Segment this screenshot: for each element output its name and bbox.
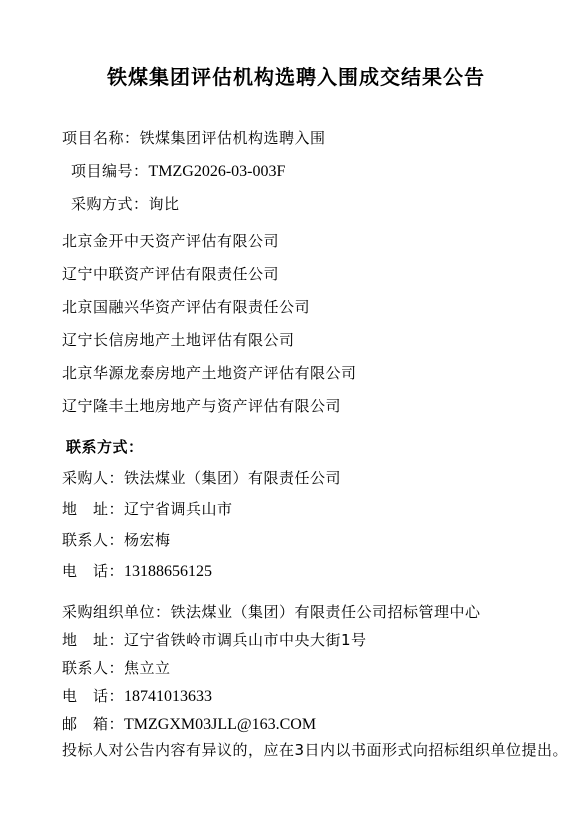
field-value: 13188656125: [124, 563, 212, 580]
field-value: 18741013633: [124, 688, 212, 705]
field-value: TMZG2026-03-003F: [149, 163, 286, 180]
contact-section-heading: 联系方式：: [62, 439, 530, 456]
field-label: 地 址：: [62, 631, 124, 649]
field-value: 辽宁省调兵山市: [124, 500, 233, 518]
field-label: 项目名称：: [62, 129, 140, 147]
purchaser-line: 采购人：铁法煤业（集团）有限责任公司: [62, 470, 530, 487]
field-label: 地 址：: [62, 500, 124, 518]
project-name-line: 项目名称：铁煤集团评估机构选聘入围: [62, 130, 530, 147]
field-value: 铁法煤业（集团）有限责任公司招标管理中心: [171, 603, 481, 621]
organizer-line: 采购组织单位：铁法煤业（集团）有限责任公司招标管理中心: [62, 604, 530, 621]
page-title: 铁煤集团评估机构选聘入围成交结果公告: [62, 64, 530, 90]
organizer-email-line: 邮 箱：TMZGXM03JLL@163.COM: [62, 716, 530, 733]
field-value: 杨宏梅: [124, 531, 171, 549]
field-value: 询比: [149, 195, 180, 213]
field-value: 铁煤集团评估机构选聘入围: [140, 129, 326, 147]
field-label: 电 话：: [62, 562, 124, 580]
agency-item: 辽宁长信房地产土地评估有限公司: [62, 332, 530, 349]
field-value: 铁法煤业（集团）有限责任公司: [124, 469, 341, 487]
purchaser-phone-line: 电 话：13188656125: [62, 563, 530, 580]
field-value: 辽宁省铁岭市调兵山市中央大街1号: [124, 631, 367, 649]
field-label: 采购组织单位：: [62, 603, 171, 621]
objection-notice: 投标人对公告内容有异议的，应在3日内以书面形式向招标组织单位提出。: [62, 742, 530, 759]
field-label: 联系人：: [62, 659, 124, 677]
organizer-phone-line: 电 话：18741013633: [62, 688, 530, 705]
project-number-line: 项目编号：TMZG2026-03-003F: [62, 163, 530, 180]
field-label: 采购方式：: [71, 195, 149, 213]
organizer-address-line: 地 址：辽宁省铁岭市调兵山市中央大街1号: [62, 632, 530, 649]
procurement-method-line: 采购方式：询比: [62, 196, 530, 213]
field-value: TMZGXM03JLL@163.COM: [124, 716, 316, 733]
field-label: 项目编号：: [71, 162, 149, 180]
field-label: 采购人：: [62, 469, 124, 487]
purchaser-contact-line: 联系人：杨宏梅: [62, 532, 530, 549]
field-value: 焦立立: [124, 659, 171, 677]
announcement-page: 铁煤集团评估机构选聘入围成交结果公告 项目名称：铁煤集团评估机构选聘入围 项目编…: [0, 0, 586, 828]
agency-item: 辽宁中联资产评估有限责任公司: [62, 266, 530, 283]
agency-item: 辽宁隆丰土地房地产与资产评估有限公司: [62, 398, 530, 415]
field-label: 电 话：: [62, 687, 124, 705]
field-label: 邮 箱：: [62, 715, 124, 733]
organizer-contact-line: 联系人：焦立立: [62, 660, 530, 677]
agency-item: 北京国融兴华资产评估有限责任公司: [62, 299, 530, 316]
agency-item: 北京华源龙泰房地产土地资产评估有限公司: [62, 365, 530, 382]
field-label: 联系人：: [62, 531, 124, 549]
purchaser-address-line: 地 址：辽宁省调兵山市: [62, 501, 530, 518]
agency-item: 北京金开中天资产评估有限公司: [62, 233, 530, 250]
